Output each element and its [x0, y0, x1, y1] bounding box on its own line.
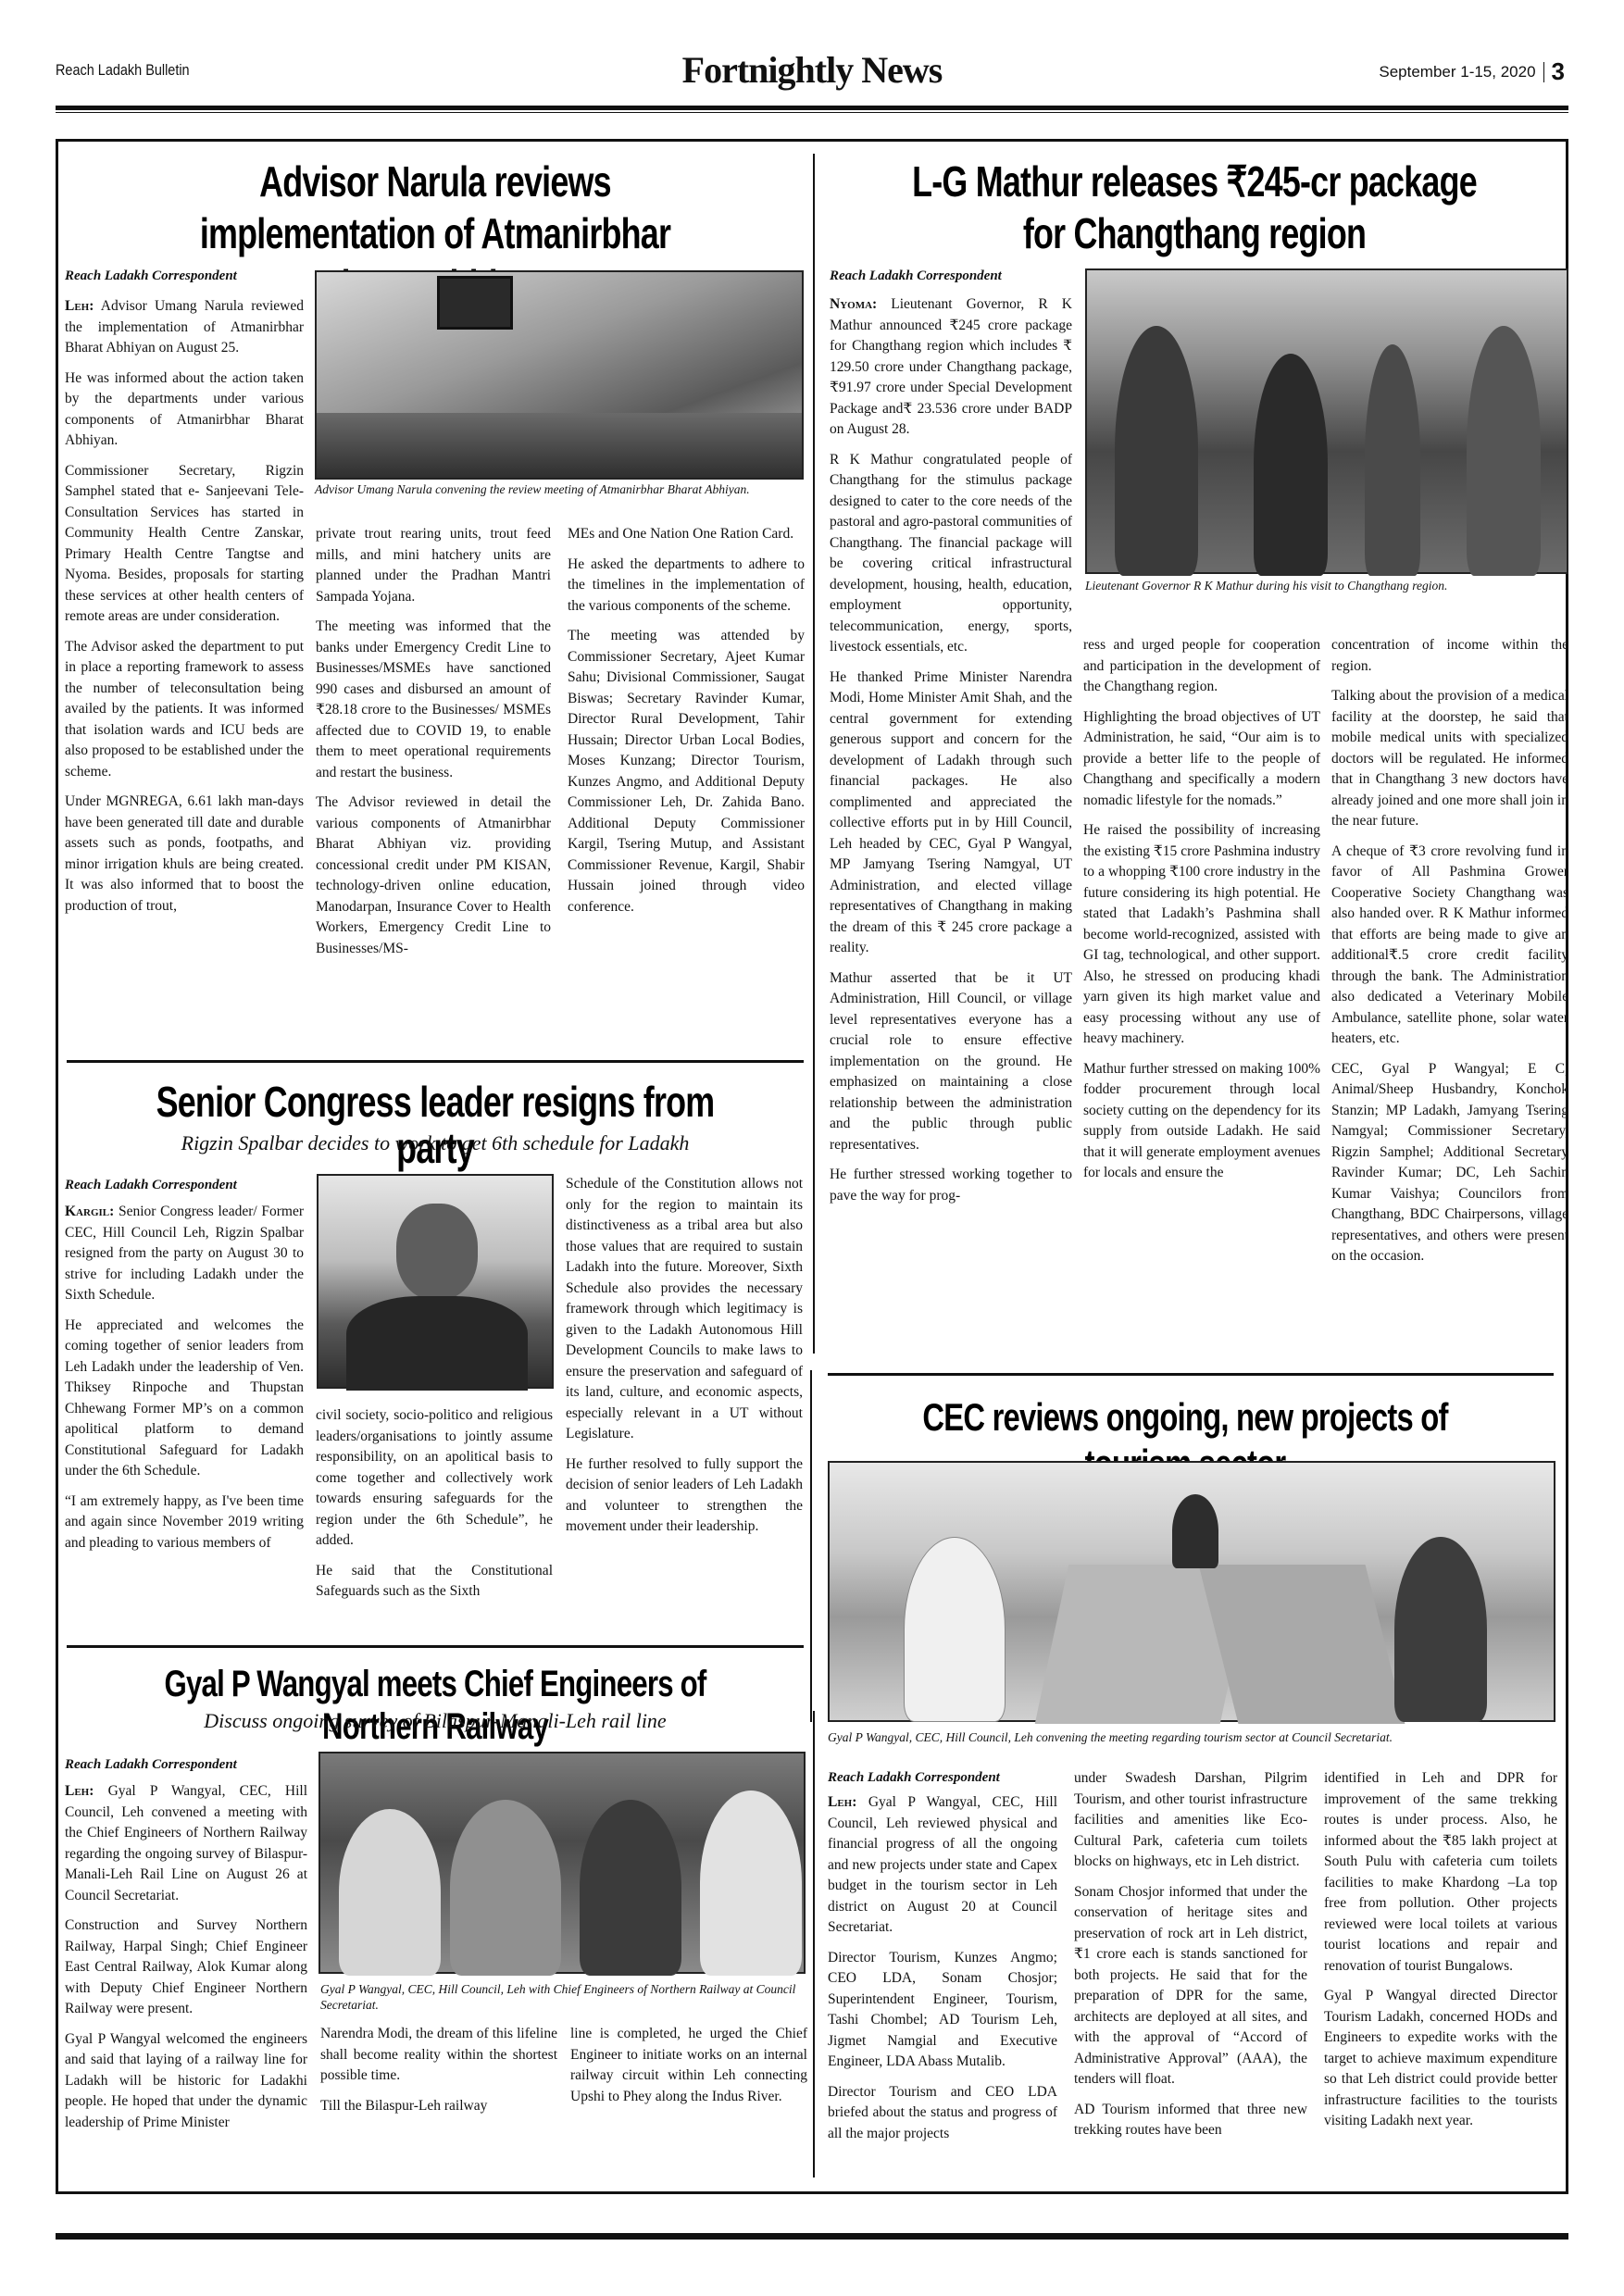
headline: Senior Congress leader resigns from part… [146, 1079, 724, 1171]
issue-info: September 1-15, 2020 3 [1379, 57, 1565, 86]
article-column-3: line is completed, he urged the Chief En… [570, 2024, 807, 2116]
section-rule [828, 1373, 1554, 1376]
section-rule [67, 1645, 804, 1648]
article-column-3: Schedule of the Constitution allows not … [566, 1174, 803, 1547]
article-column-1: Nyoma: Lieutenant Governor, R K Mathur a… [830, 294, 1072, 1216]
dateline: Leh: [828, 1794, 856, 1810]
byline: Reach Ladakh Correspondent [828, 1770, 1000, 1786]
byline: Reach Ladakh Correspondent [65, 268, 237, 284]
column-divider [813, 154, 815, 1354]
dateline: Kargil: [65, 1204, 114, 1219]
dateline: Nyoma: [830, 296, 877, 312]
article-column-1: Leh: Gyal P Wangyal, CEC, Hill Council, … [828, 1792, 1057, 2153]
article-column-3: MEs and One Nation One Ration Card. He a… [568, 524, 805, 927]
section-rule [67, 1060, 804, 1063]
header-rule-thin [56, 112, 1568, 113]
photo-caption: Gyal P Wangyal, CEC, Hill Council, Leh w… [320, 1981, 807, 2013]
photo-caption: Gyal P Wangyal, CEC, Hill Council, Leh c… [828, 1729, 1555, 1745]
article-column-2: Narendra Modi, the dream of this lifelin… [320, 2024, 557, 2126]
article-column-2: private trout rearing units, trout feed … [316, 524, 551, 968]
headline: Gyal P Wangyal meets Chief Engineers of … [131, 1663, 738, 1748]
byline: Reach Ladakh Correspondent [65, 1178, 237, 1193]
article-column-1: Leh: Gyal P Wangyal, CEC, Hill Council, … [65, 1781, 307, 2142]
photo-review-meeting [315, 270, 804, 480]
dateline: Leh: [65, 1783, 94, 1799]
article-column-3: identified in Leh and DPR for improvemen… [1324, 1768, 1557, 2141]
article-column-1: Leh: Advisor Umang Narula reviewed the i… [65, 296, 304, 926]
portrait-face [396, 1204, 478, 1300]
photo-chief-engineers [319, 1752, 806, 1974]
photo-caption: Advisor Umang Narula convening the revie… [315, 481, 804, 497]
photo-lg-visit [1085, 268, 1568, 574]
video-screen [437, 276, 513, 330]
headline: L-G Mathur releases ₹245-cr package for … [906, 156, 1483, 259]
column-divider [810, 1370, 812, 1722]
article-column-2: civil society, socio-politico and religi… [316, 1405, 553, 1612]
article-column-3: concentration of income within the regio… [1331, 635, 1568, 1277]
photo-rigzin-spalbar [317, 1174, 554, 1389]
photo-tourism-meeting [828, 1461, 1555, 1722]
dateline: Leh: [65, 298, 94, 314]
subheadline: Discuss ongoing survey of Bilaspur-Manal… [65, 1709, 806, 1733]
footer-rule [56, 2233, 1568, 2240]
issue-date: September 1-15, 2020 [1379, 63, 1535, 81]
photo-caption: Lieutenant Governor R K Mathur during hi… [1085, 578, 1568, 593]
header-rule [56, 106, 1568, 110]
column-divider [813, 1711, 815, 2177]
article-column-1: Kargil: Senior Congress leader/ Former C… [65, 1202, 304, 1563]
byline: Reach Ladakh Correspondent [830, 268, 1002, 284]
page-number: 3 [1552, 57, 1565, 86]
byline: Reach Ladakh Correspondent [65, 1757, 237, 1773]
article-column-2: under Swadesh Darshan, Pilgrim Tourism, … [1074, 1768, 1307, 2151]
subheadline: Rigzin Spalbar decides to work to get 6t… [65, 1131, 806, 1155]
article-column-2: ress and urged people for cooperation an… [1083, 635, 1320, 1193]
separator [1543, 62, 1544, 82]
